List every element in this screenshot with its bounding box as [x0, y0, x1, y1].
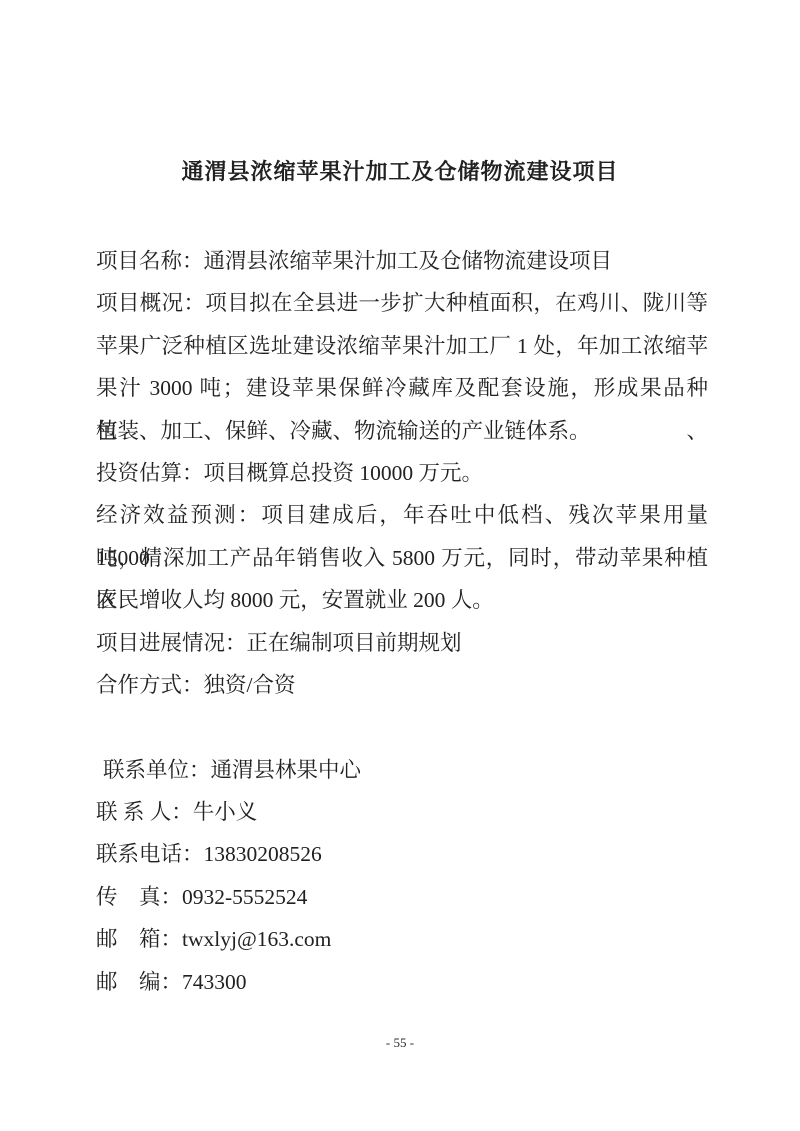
line-investment-estimate: 投资估算：项目概算总投资 10000 万元。 — [96, 452, 708, 494]
line-project-progress: 项目进展情况：正在编制项目前期规划 — [96, 622, 708, 664]
line-project-overview-2: 苹果广泛种植区选址建设浓缩苹果汁加工厂 1 处，年加工浓缩苹 — [96, 325, 708, 367]
line-postal-code: 邮 编：743300 — [96, 961, 708, 1003]
document-title: 通渭县浓缩苹果汁加工及仓储物流建设项目 — [0, 156, 800, 188]
line-project-name: 项目名称：通渭县浓缩苹果汁加工及仓储物流建设项目 — [96, 240, 708, 282]
line-contact-unit: 联系单位：通渭县林果中心 — [96, 749, 708, 791]
line-cooperation-mode: 合作方式：独资/合资 — [96, 664, 708, 706]
document-body: 项目名称：通渭县浓缩苹果汁加工及仓储物流建设项目 项目概况：项目拟在全县进一步扩… — [96, 240, 708, 1003]
line-blank-spacer — [96, 706, 708, 748]
line-project-overview-3: 果汁 3000 吨；建设苹果保鲜冷藏库及配套设施，形成果品种植、 — [96, 367, 708, 409]
line-email-address: 邮 箱：twxlyj@163.com — [96, 918, 708, 960]
document-page: 通渭县浓缩苹果汁加工及仓储物流建设项目 项目名称：通渭县浓缩苹果汁加工及仓储物流… — [0, 0, 800, 1131]
line-economic-benefit-2: 吨，精深加工产品年销售收入 5800 万元，同时，带动苹果种植区 — [96, 537, 708, 579]
line-contact-phone: 联系电话：13830208526 — [96, 833, 708, 875]
page-number: - 55 - — [0, 1033, 800, 1053]
line-fax-number: 传 真：0932-5552524 — [96, 876, 708, 918]
line-economic-benefit-3: 农民增收人均 8000 元，安置就业 200 人。 — [96, 579, 708, 621]
line-economic-benefit-1: 经济效益预测：项目建成后，年吞吐中低档、残次苹果用量 15000 — [96, 494, 708, 536]
line-project-overview-1: 项目概况：项目拟在全县进一步扩大种植面积，在鸡川、陇川等 — [96, 282, 708, 324]
line-contact-person: 联 系 人：牛小义 — [96, 791, 708, 833]
